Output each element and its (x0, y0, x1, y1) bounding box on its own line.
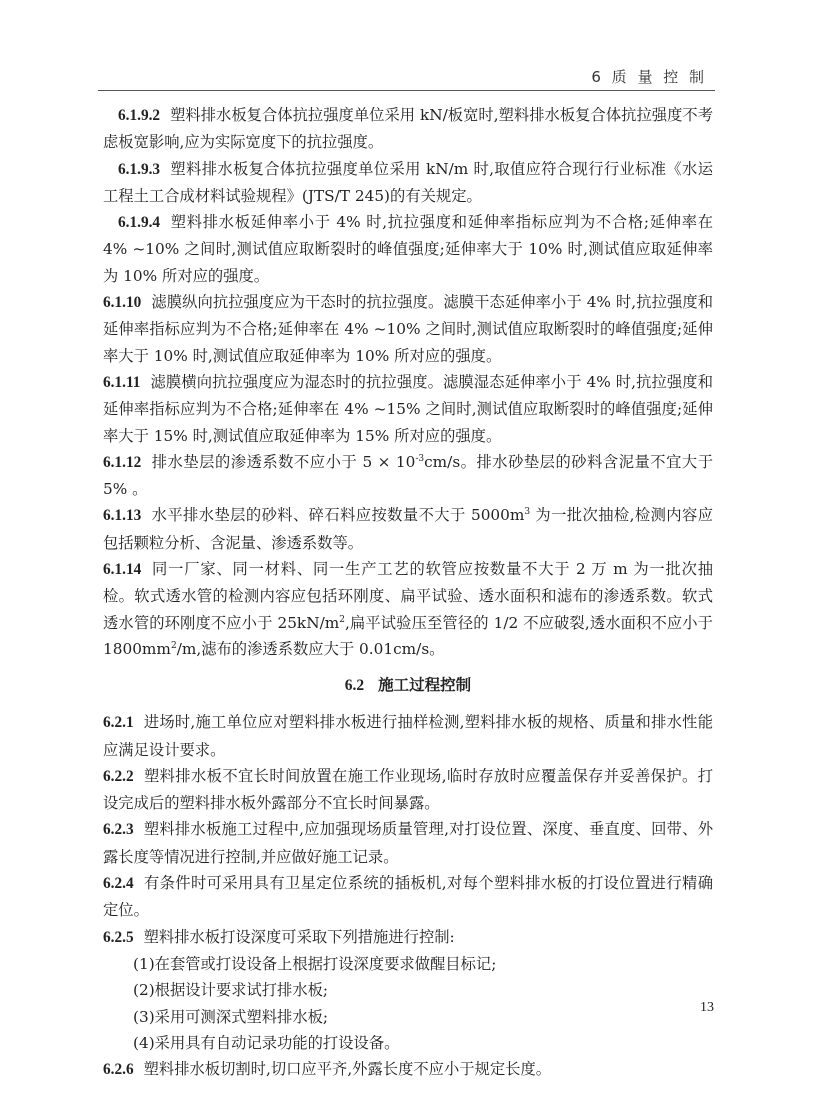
clause-text: 滤膜横向抗拉强度应为湿态时的抗拉强度。滤膜湿态延伸率小于 4% 时,抗拉强度和延… (103, 373, 713, 445)
page-body: 6.1.9.2塑料排水板复合体抗拉强度单位采用 kN/板宽时,塑料排水板复合体抗… (103, 102, 713, 1083)
superscript: -3 (415, 454, 424, 464)
running-header: 6 质 量 控 制 (98, 62, 715, 91)
clause-number: 6.2.3 (103, 821, 134, 838)
clause-6-1-14: 6.1.14同一厂家、同一材料、同一生产工艺的软管应按数量不大于 2 万 m 为… (103, 556, 713, 662)
clause-6-2-6: 6.2.6塑料排水板切割时,切口应平齐,外露长度不应小于规定长度。 (103, 1056, 713, 1083)
clause-6-2-3: 6.2.3塑料排水板施工过程中,应加强现场质量管理,对打设位置、深度、垂直度、回… (103, 816, 713, 870)
clause-number: 6.1.12 (103, 454, 141, 471)
clause-number: 6.2.1 (103, 714, 134, 731)
clause-number: 6.1.14 (103, 561, 141, 578)
clause-text: 塑料排水板切割时,切口应平齐,外露长度不应小于规定长度。 (144, 1060, 551, 1078)
clause-number: 6.1.13 (103, 507, 141, 524)
clause-text: 进场时,施工单位应对塑料排水板进行抽样检测,塑料排水板的规格、质量和排水性能应满… (103, 713, 713, 758)
clause-text: /m,滤布的渗透系数应大于 0.01cm/s。 (177, 640, 445, 658)
clause-text: 塑料排水板施工过程中,应加强现场质量管理,对打设位置、深度、垂直度、回带、外露长… (103, 820, 713, 865)
clause-6-2-2: 6.2.2塑料排水板不宜长时间放置在施工作业现场,临时存放时应覆盖保存并妥善保护… (103, 763, 713, 817)
clause-6-2-5: 6.2.5塑料排水板打设深度可采取下列措施进行控制: (103, 924, 713, 951)
section-heading: 6.2施工过程控制 (103, 672, 713, 699)
clause-text: 滤膜纵向抗拉强度应为干态时的抗拉强度。滤膜干态延伸率小于 4% 时,抗拉强度和延… (103, 293, 713, 365)
clause-text: 塑料排水板复合体抗拉强度单位采用 kN/m 时,取值应符合现行行业标准《水运工程… (103, 160, 713, 205)
clause-text: 水平排水垫层的砂料、碎石料应按数量不大于 5000m (151, 506, 524, 524)
section-number: 6.2 (345, 677, 364, 694)
list-item: (4)采用具有自动记录功能的打设设备。 (103, 1030, 713, 1056)
list-item: (2)根据设计要求试打排水板; (103, 977, 713, 1003)
clause-text: 塑料排水板不宜长时间放置在施工作业现场,临时存放时应覆盖保存并妥善保护。打设完成… (103, 767, 713, 812)
clause-text: 塑料排水板延伸率小于 4% 时,抗拉强度和延伸率指标应判为不合格;延伸率在 4%… (103, 213, 713, 285)
clause-6-1-12: 6.1.12排水垫层的渗透系数不应小于 5 × 10-3cm/s。排水砂垫层的砂… (103, 449, 713, 503)
list-item: (1)在套管或打设设备上根据打设深度要求做醒目标记; (103, 951, 713, 977)
clause-number: 6.1.10 (103, 294, 141, 311)
clause-number: 6.2.4 (103, 875, 134, 892)
section-title: 施工过程控制 (378, 675, 471, 694)
chapter-title: 6 质 量 控 制 (591, 66, 707, 87)
clause-6-1-10: 6.1.10滤膜纵向抗拉强度应为干态时的抗拉强度。滤膜干态延伸率小于 4% 时,… (103, 289, 713, 369)
clause-text: 有条件时可采用具有卫星定位系统的插板机,对每个塑料排水板的打设位置进行精确定位。 (103, 874, 713, 919)
page-number: 13 (700, 1000, 714, 1016)
clause-text: 排水垫层的渗透系数不应小于 5 × 10 (151, 453, 415, 471)
clause-6-1-9-3: 6.1.9.3塑料排水板复合体抗拉强度单位采用 kN/m 时,取值应符合现行行业… (103, 156, 713, 210)
clause-6-1-9-4: 6.1.9.4塑料排水板延伸率小于 4% 时,抗拉强度和延伸率指标应判为不合格;… (103, 209, 713, 289)
clause-number: 6.1.9.2 (118, 107, 160, 124)
clause-number: 6.2.2 (103, 768, 134, 785)
clause-text: 塑料排水板复合体抗拉强度单位采用 kN/板宽时,塑料排水板复合体抗拉强度不考虑板… (103, 106, 713, 151)
clause-6-2-1: 6.2.1进场时,施工单位应对塑料排水板进行抽样检测,塑料排水板的规格、质量和排… (103, 709, 713, 763)
list-item: (3)采用可测深式塑料排水板; (103, 1004, 713, 1030)
clause-6-2-4: 6.2.4有条件时可采用具有卫星定位系统的插板机,对每个塑料排水板的打设位置进行… (103, 870, 713, 924)
clause-6-1-11: 6.1.11滤膜横向抗拉强度应为湿态时的抗拉强度。滤膜湿态延伸率小于 4% 时,… (103, 369, 713, 449)
clause-6-1-9-2: 6.1.9.2塑料排水板复合体抗拉强度单位采用 kN/板宽时,塑料排水板复合体抗… (103, 102, 713, 156)
clause-text: 塑料排水板打设深度可采取下列措施进行控制: (144, 928, 455, 946)
clause-number: 6.2.5 (103, 929, 134, 946)
clause-6-1-13: 6.1.13水平排水垫层的砂料、碎石料应按数量不大于 5000m3 为一批次抽检… (103, 502, 713, 556)
clause-number: 6.1.9.4 (118, 214, 160, 231)
clause-number: 6.1.11 (103, 374, 140, 391)
clause-number: 6.1.9.3 (118, 161, 160, 178)
clause-number: 6.2.6 (103, 1061, 134, 1078)
